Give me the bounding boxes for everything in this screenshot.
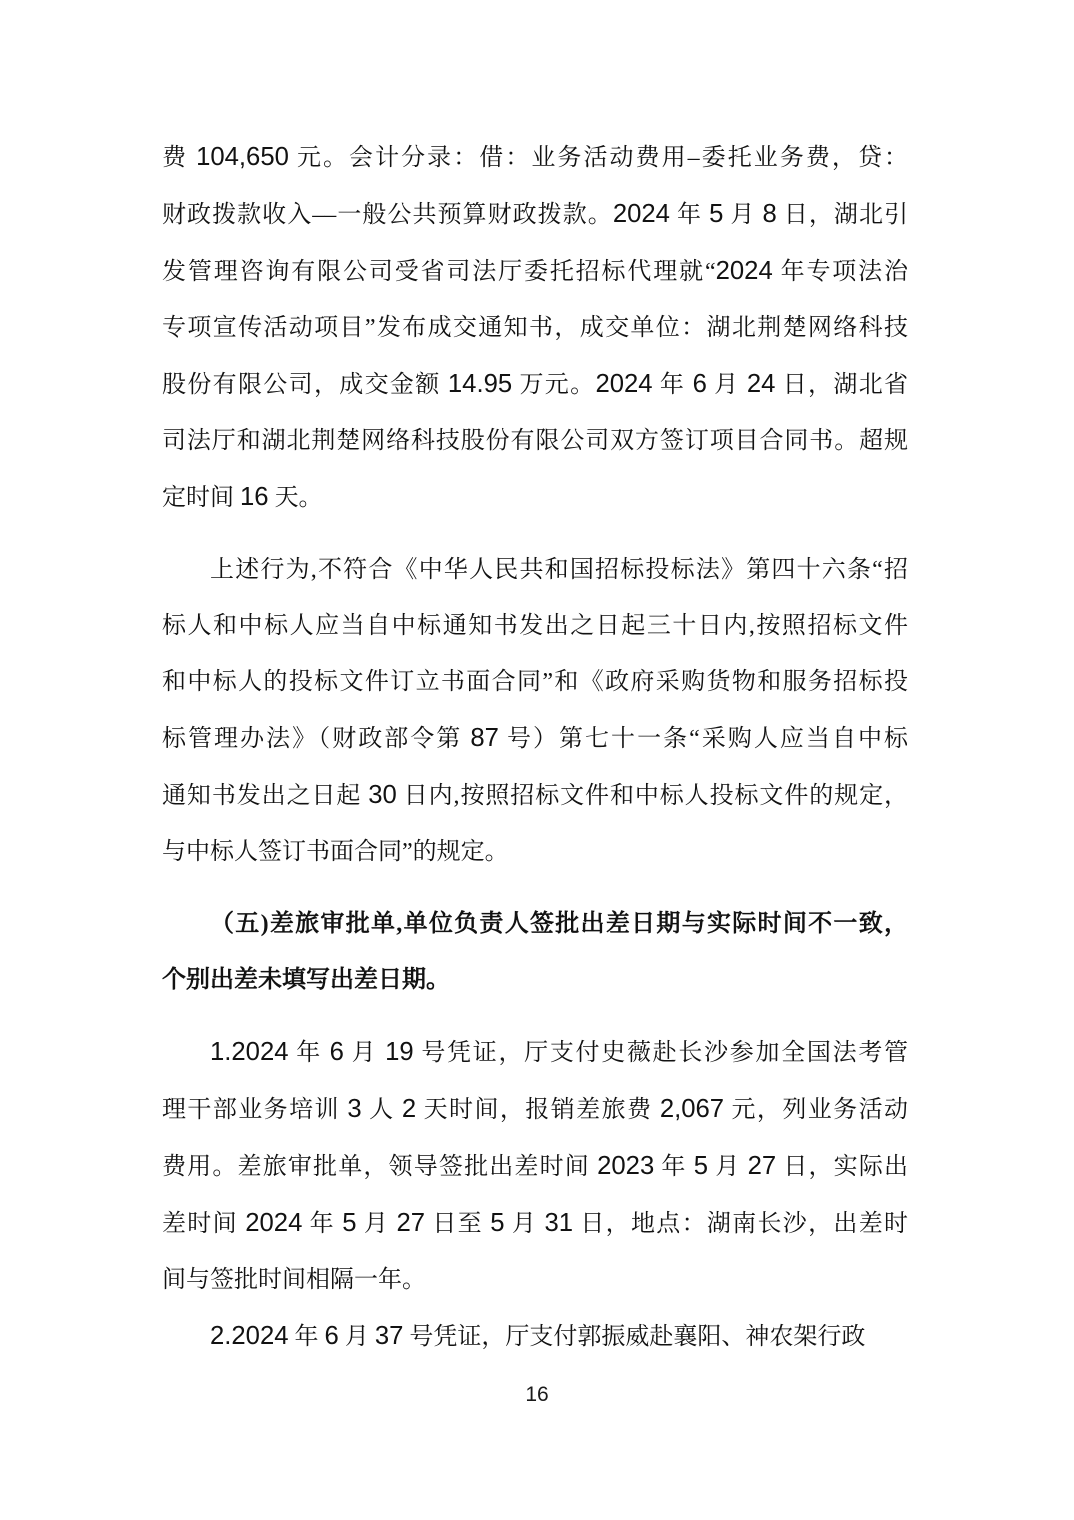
document-page: 费 104,650 元。会计分录：借：业务活动费用–委托业务费，贷：财政拨款收入… xyxy=(0,0,1074,1520)
text-line: （五)差旅审批单,单位负责人签批出差日期与实际时间不一致， xyxy=(162,896,908,952)
text-line: 定时间 16 天。 xyxy=(162,469,908,526)
text-line: 间与签批时间相隔一年。 xyxy=(162,1252,908,1308)
numeral: 1.2024 xyxy=(210,1038,289,1066)
numeral: 6 xyxy=(330,1038,344,1066)
numeral: 5 xyxy=(490,1209,504,1237)
text-line: 个别出差未填写出差日期。 xyxy=(162,952,908,1008)
numeral: 2024 xyxy=(595,370,652,398)
numeral: 30 xyxy=(368,781,397,809)
numeral: 2,067 xyxy=(660,1095,724,1123)
paragraph: 2.2024 年 6 月 37 号凭证，厅支付郭振威赴襄阳、神农架行政 xyxy=(162,1308,908,1365)
text-line: 上述行为,不符合《中华人民共和国招标投标法》第四十六条“招 xyxy=(162,542,908,598)
text-line: 发管理咨询有限公司受省司法厅委托招标代理就“2024 年专项法治 xyxy=(162,243,908,300)
paragraph: 费 104,650 元。会计分录：借：业务活动费用–委托业务费，贷：财政拨款收入… xyxy=(162,129,908,526)
numeral: 5 xyxy=(342,1209,356,1237)
paragraph: 1.2024 年 6 月 19 号凭证，厅支付史薇赴长沙参加全国法考管理干部业务… xyxy=(162,1024,908,1308)
text-line: 2.2024 年 6 月 37 号凭证，厅支付郭振威赴襄阳、神农架行政 xyxy=(162,1308,908,1365)
text-line: 费 104,650 元。会计分录：借：业务活动费用–委托业务费，贷： xyxy=(162,129,908,186)
text-line: 和中标人的投标文件订立书面合同”和《政府采购货物和服务招标投 xyxy=(162,654,908,710)
numeral: 5 xyxy=(694,1152,708,1180)
numeral: 5 xyxy=(709,200,723,228)
numeral: 37 xyxy=(375,1322,404,1350)
numeral: 2023 xyxy=(597,1152,654,1180)
numeral: 2.2024 xyxy=(210,1322,289,1350)
text-line: 专项宣传活动项目”发布成交通知书，成交单位：湖北荆楚网络科技 xyxy=(162,300,908,356)
numeral: 104,650 xyxy=(196,143,289,171)
numeral: 27 xyxy=(748,1152,777,1180)
numeral: 24 xyxy=(747,370,776,398)
numeral: 6 xyxy=(325,1322,339,1350)
text-line: 财政拨款收入––一般公共预算财政拨款。2024 年 5 月 8 日，湖北引 xyxy=(162,186,908,243)
numeral: 31 xyxy=(544,1209,573,1237)
text-line: 差时间 2024 年 5 月 27 日至 5 月 31 日，地点：湖南长沙，出差… xyxy=(162,1195,908,1252)
numeral: 87 xyxy=(470,724,499,752)
text-line: 通知书发出之日起 30 日内,按照招标文件和中标人投标文件的规定， xyxy=(162,767,908,824)
numeral: 3 xyxy=(347,1095,361,1123)
numeral: 16 xyxy=(240,483,269,511)
numeral: 8 xyxy=(763,200,777,228)
numeral: 27 xyxy=(396,1209,425,1237)
numeral: 2024 xyxy=(245,1209,302,1237)
numeral: 19 xyxy=(385,1038,414,1066)
text-line: 1.2024 年 6 月 19 号凭证，厅支付史薇赴长沙参加全国法考管 xyxy=(162,1024,908,1081)
paragraph: 上述行为,不符合《中华人民共和国招标投标法》第四十六条“招标人和中标人应当自中标… xyxy=(162,542,908,880)
numeral: 6 xyxy=(693,370,707,398)
text-line: 司法厅和湖北荆楚网络科技股份有限公司双方签订项目合同书。超规 xyxy=(162,413,908,469)
numeral: 2024 xyxy=(613,200,670,228)
numeral: 14.95 xyxy=(448,370,512,398)
text-line: 与中标人签订书面合同”的规定。 xyxy=(162,824,908,880)
document-body: 费 104,650 元。会计分录：借：业务活动费用–委托业务费，贷：财政拨款收入… xyxy=(162,129,908,1365)
text-line: 标人和中标人应当自中标通知书发出之日起三十日内,按照招标文件 xyxy=(162,598,908,654)
numeral: 2024 xyxy=(716,257,773,285)
text-line: 理干部业务培训 3 人 2 天时间，报销差旅费 2,067 元，列业务活动 xyxy=(162,1081,908,1138)
page-number: 16 xyxy=(0,1382,1074,1408)
section-heading: （五)差旅审批单,单位负责人签批出差日期与实际时间不一致，个别出差未填写出差日期… xyxy=(162,896,908,1008)
text-line: 标管理办法》（财政部令第 87 号）第七十一条“采购人应当自中标 xyxy=(162,710,908,767)
text-line: 费用。差旅审批单，领导签批出差时间 2023 年 5 月 27 日，实际出 xyxy=(162,1138,908,1195)
text-line: 股份有限公司，成交金额 14.95 万元。2024 年 6 月 24 日，湖北省 xyxy=(162,356,908,413)
numeral: 2 xyxy=(402,1095,416,1123)
